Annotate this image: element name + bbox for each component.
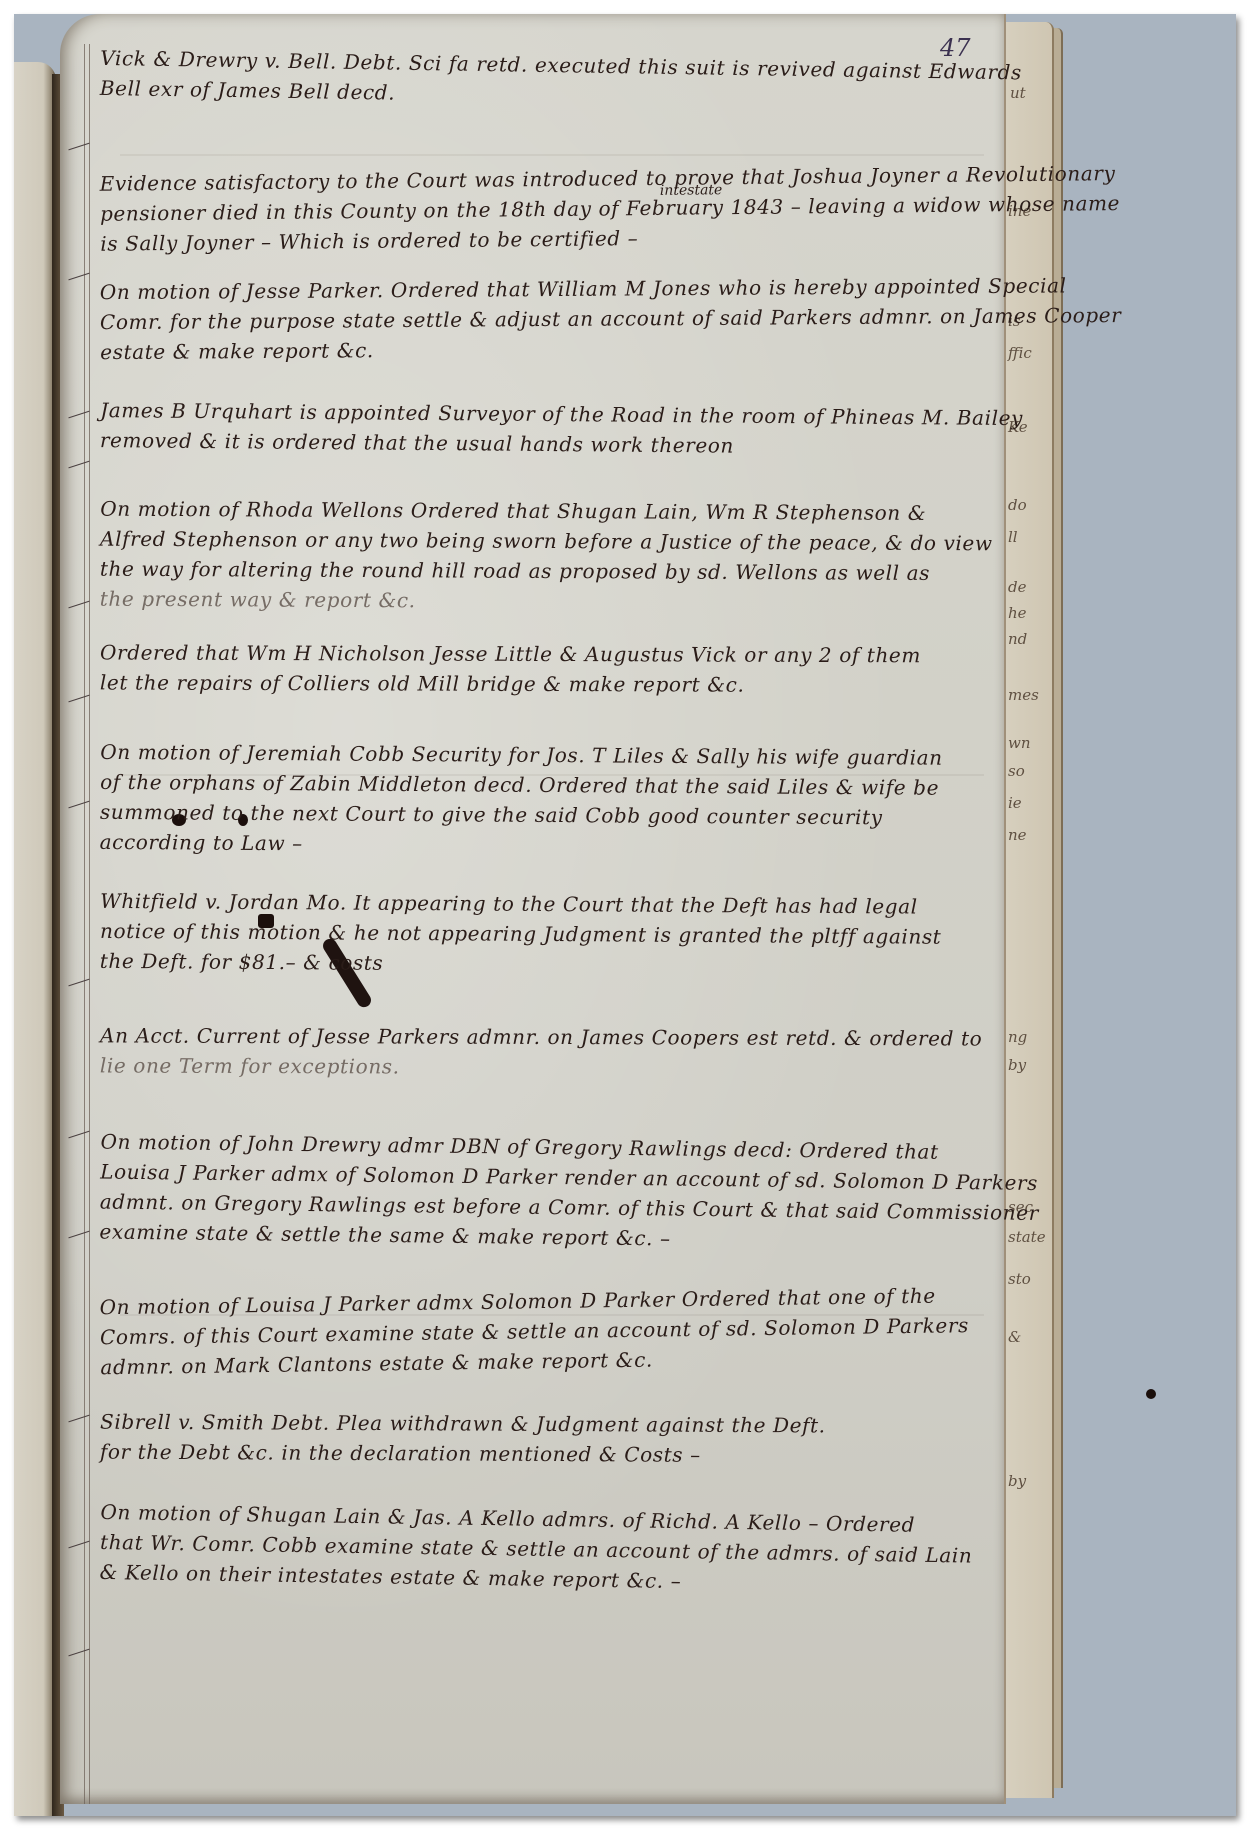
ledger-page: 47 Vick & Drewry v. Bell. Debt. Sci fa r… [60, 14, 1006, 1804]
entry-vick-drewry-v-bell: Vick & Drewry v. Bell. Debt. Sci fa retd… [100, 43, 1001, 117]
edge-text: mes [1008, 686, 1039, 704]
entry-line: Ordered that Wm H Nicholson Jesse Little… [100, 637, 1000, 670]
margin-tick-mark [68, 601, 89, 609]
edge-text: de [1008, 578, 1026, 596]
entry-line: according to Law – [100, 827, 1000, 863]
entry-drewry-rawlings: On motion of John Drewry admr DBN of Gre… [99, 1127, 1000, 1258]
entry-line: the way for altering the round hill road… [100, 554, 1000, 589]
margin-tick-mark [68, 801, 89, 809]
margin-tick-mark [68, 1541, 89, 1549]
entry-cobb-security: On motion of Jeremiah Cobb Security for … [100, 737, 1001, 863]
entry-urquhart-surveyor: James B Urquhart is appointed Surveyor o… [100, 395, 1000, 463]
edge-text: sto [1008, 1270, 1031, 1288]
entry-line: Alfred Stephenson or any two being sworn… [100, 524, 1000, 559]
edge-text: ffic [1008, 344, 1032, 362]
entry-parker-special-commissioner: On motion of Jesse Parker. Ordered that … [100, 271, 1001, 367]
entry-colliers-mill-bridge: Ordered that Wm H Nicholson Jesse Little… [100, 637, 1000, 700]
entry-line: On motion of Rhoda Wellons Ordered that … [100, 494, 1000, 529]
entry-line: lie one Term for exceptions. [100, 1050, 1000, 1083]
edge-text: ut [1010, 84, 1026, 102]
margin-tick-mark [68, 143, 89, 151]
entry-sibrell-v-smith: Sibrell v. Smith Debt. Plea withdrawn & … [100, 1407, 1000, 1472]
edge-text: by [1008, 1056, 1026, 1074]
margin-tick-mark [68, 1415, 89, 1423]
edge-text: he [1008, 604, 1027, 622]
entry-line: Sibrell v. Smith Debt. Plea withdrawn & … [100, 1407, 1000, 1442]
photo-frame: ut ine is ffic Ke do ll de he nd mes wn … [14, 14, 1236, 1816]
edge-text: by [1008, 1472, 1026, 1490]
margin-tick-mark [68, 1131, 89, 1139]
entry-line: An Acct. Current of Jesse Parkers admnr.… [100, 1020, 1000, 1053]
margin-tick-mark [68, 1649, 89, 1657]
entry-parker-acct-current: An Acct. Current of Jesse Parkers admnr.… [100, 1020, 1000, 1083]
edge-text: nd [1008, 630, 1027, 648]
minutes-entries: Vick & Drewry v. Bell. Debt. Sci fa retd… [100, 14, 1000, 1804]
entry-line: Comr. for the purpose state settle & adj… [100, 301, 1000, 337]
edge-text: & [1008, 1328, 1021, 1346]
entry-wellons-road: On motion of Rhoda Wellons Ordered that … [100, 494, 1001, 619]
edge-text: do [1008, 496, 1027, 514]
entry-line: estate & make report &c. [100, 331, 1000, 367]
ink-blot [1146, 1389, 1156, 1399]
margin-rule [84, 44, 85, 1804]
edge-text: ne [1008, 826, 1027, 844]
margin-tick-mark [68, 1231, 89, 1239]
edge-text: ie [1008, 794, 1022, 812]
entry-line: the Deft. for $81.– & costs [100, 946, 1000, 982]
entry-line: for the Debt &c. in the declaration ment… [100, 1437, 1000, 1472]
entry-line: the present way & report &c. [100, 584, 1000, 619]
edge-text: ng [1008, 1028, 1027, 1046]
entry-louisa-parker-clanton: On motion of Louisa J Parker admx Solomo… [99, 1280, 1000, 1383]
entry-whitfield-v-jordan: Whitfield v. Jordan Mo. It appearing to … [100, 886, 1001, 982]
edge-text: state [1008, 1228, 1046, 1246]
margin-tick-mark [68, 979, 89, 987]
margin-tick-mark [68, 461, 89, 469]
edge-text: ll [1008, 528, 1018, 546]
edge-text: wn [1008, 734, 1031, 752]
margin-tick-mark [68, 273, 89, 281]
margin-tick-mark [68, 411, 89, 419]
entry-joyner-pension: Evidence satisfactory to the Court was i… [100, 159, 1001, 258]
entry-lain-kello: On motion of Shugan Lain & Jas. A Kello … [99, 1497, 1000, 1601]
margin-tick-mark [68, 695, 89, 703]
entry-line: let the repairs of Colliers old Mill bri… [100, 667, 1000, 700]
interlinear-insertion: intestate [660, 182, 723, 199]
edge-text: so [1008, 762, 1025, 780]
previous-page-edge [14, 62, 56, 1816]
